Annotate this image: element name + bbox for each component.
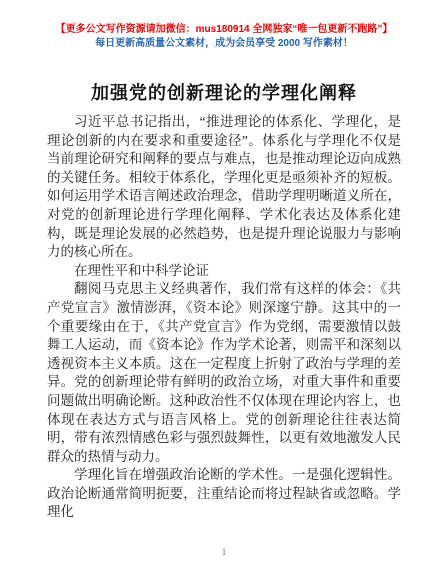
promo-banner-line-2: 每日更新高质量公文素材，成为会员享受 2000 写作素材！ [0,37,448,50]
paragraph-body-1: 翻阅马克思主义经典著作，我们常有这样的体会：《共产党宣言》激情澎湃，《资本论》则… [47,280,401,466]
promo-banner: 【更多公文写作资源请加微信：mus180914 全网独家“唯一包更新不跑路”】 … [0,0,448,50]
page-number: 1 [0,547,448,557]
document-title: 加强党的创新理论的学理化阐释 [0,79,448,105]
document-body: 习近平总书记指出，“推进理论的体系化、学理化，是理论创新的内在要求和重要途径”。… [47,113,401,522]
document-page: 【更多公文写作资源请加微信：mus180914 全网独家“唯一包更新不跑路”】 … [0,0,448,580]
promo-banner-line-1: 【更多公文写作资源请加微信：mus180914 全网独家“唯一包更新不跑路”】 [0,23,448,36]
paragraph-intro: 习近平总书记指出，“推进理论的体系化、学理化，是理论创新的内在要求和重要途径”。… [47,113,401,262]
section-heading: 在理性平和中科学论证 [47,262,401,281]
paragraph-body-2: 学理化旨在增强政治论断的学术性。一是强化逻辑性。政治论断通常简明扼要，注重结论而… [47,466,401,522]
